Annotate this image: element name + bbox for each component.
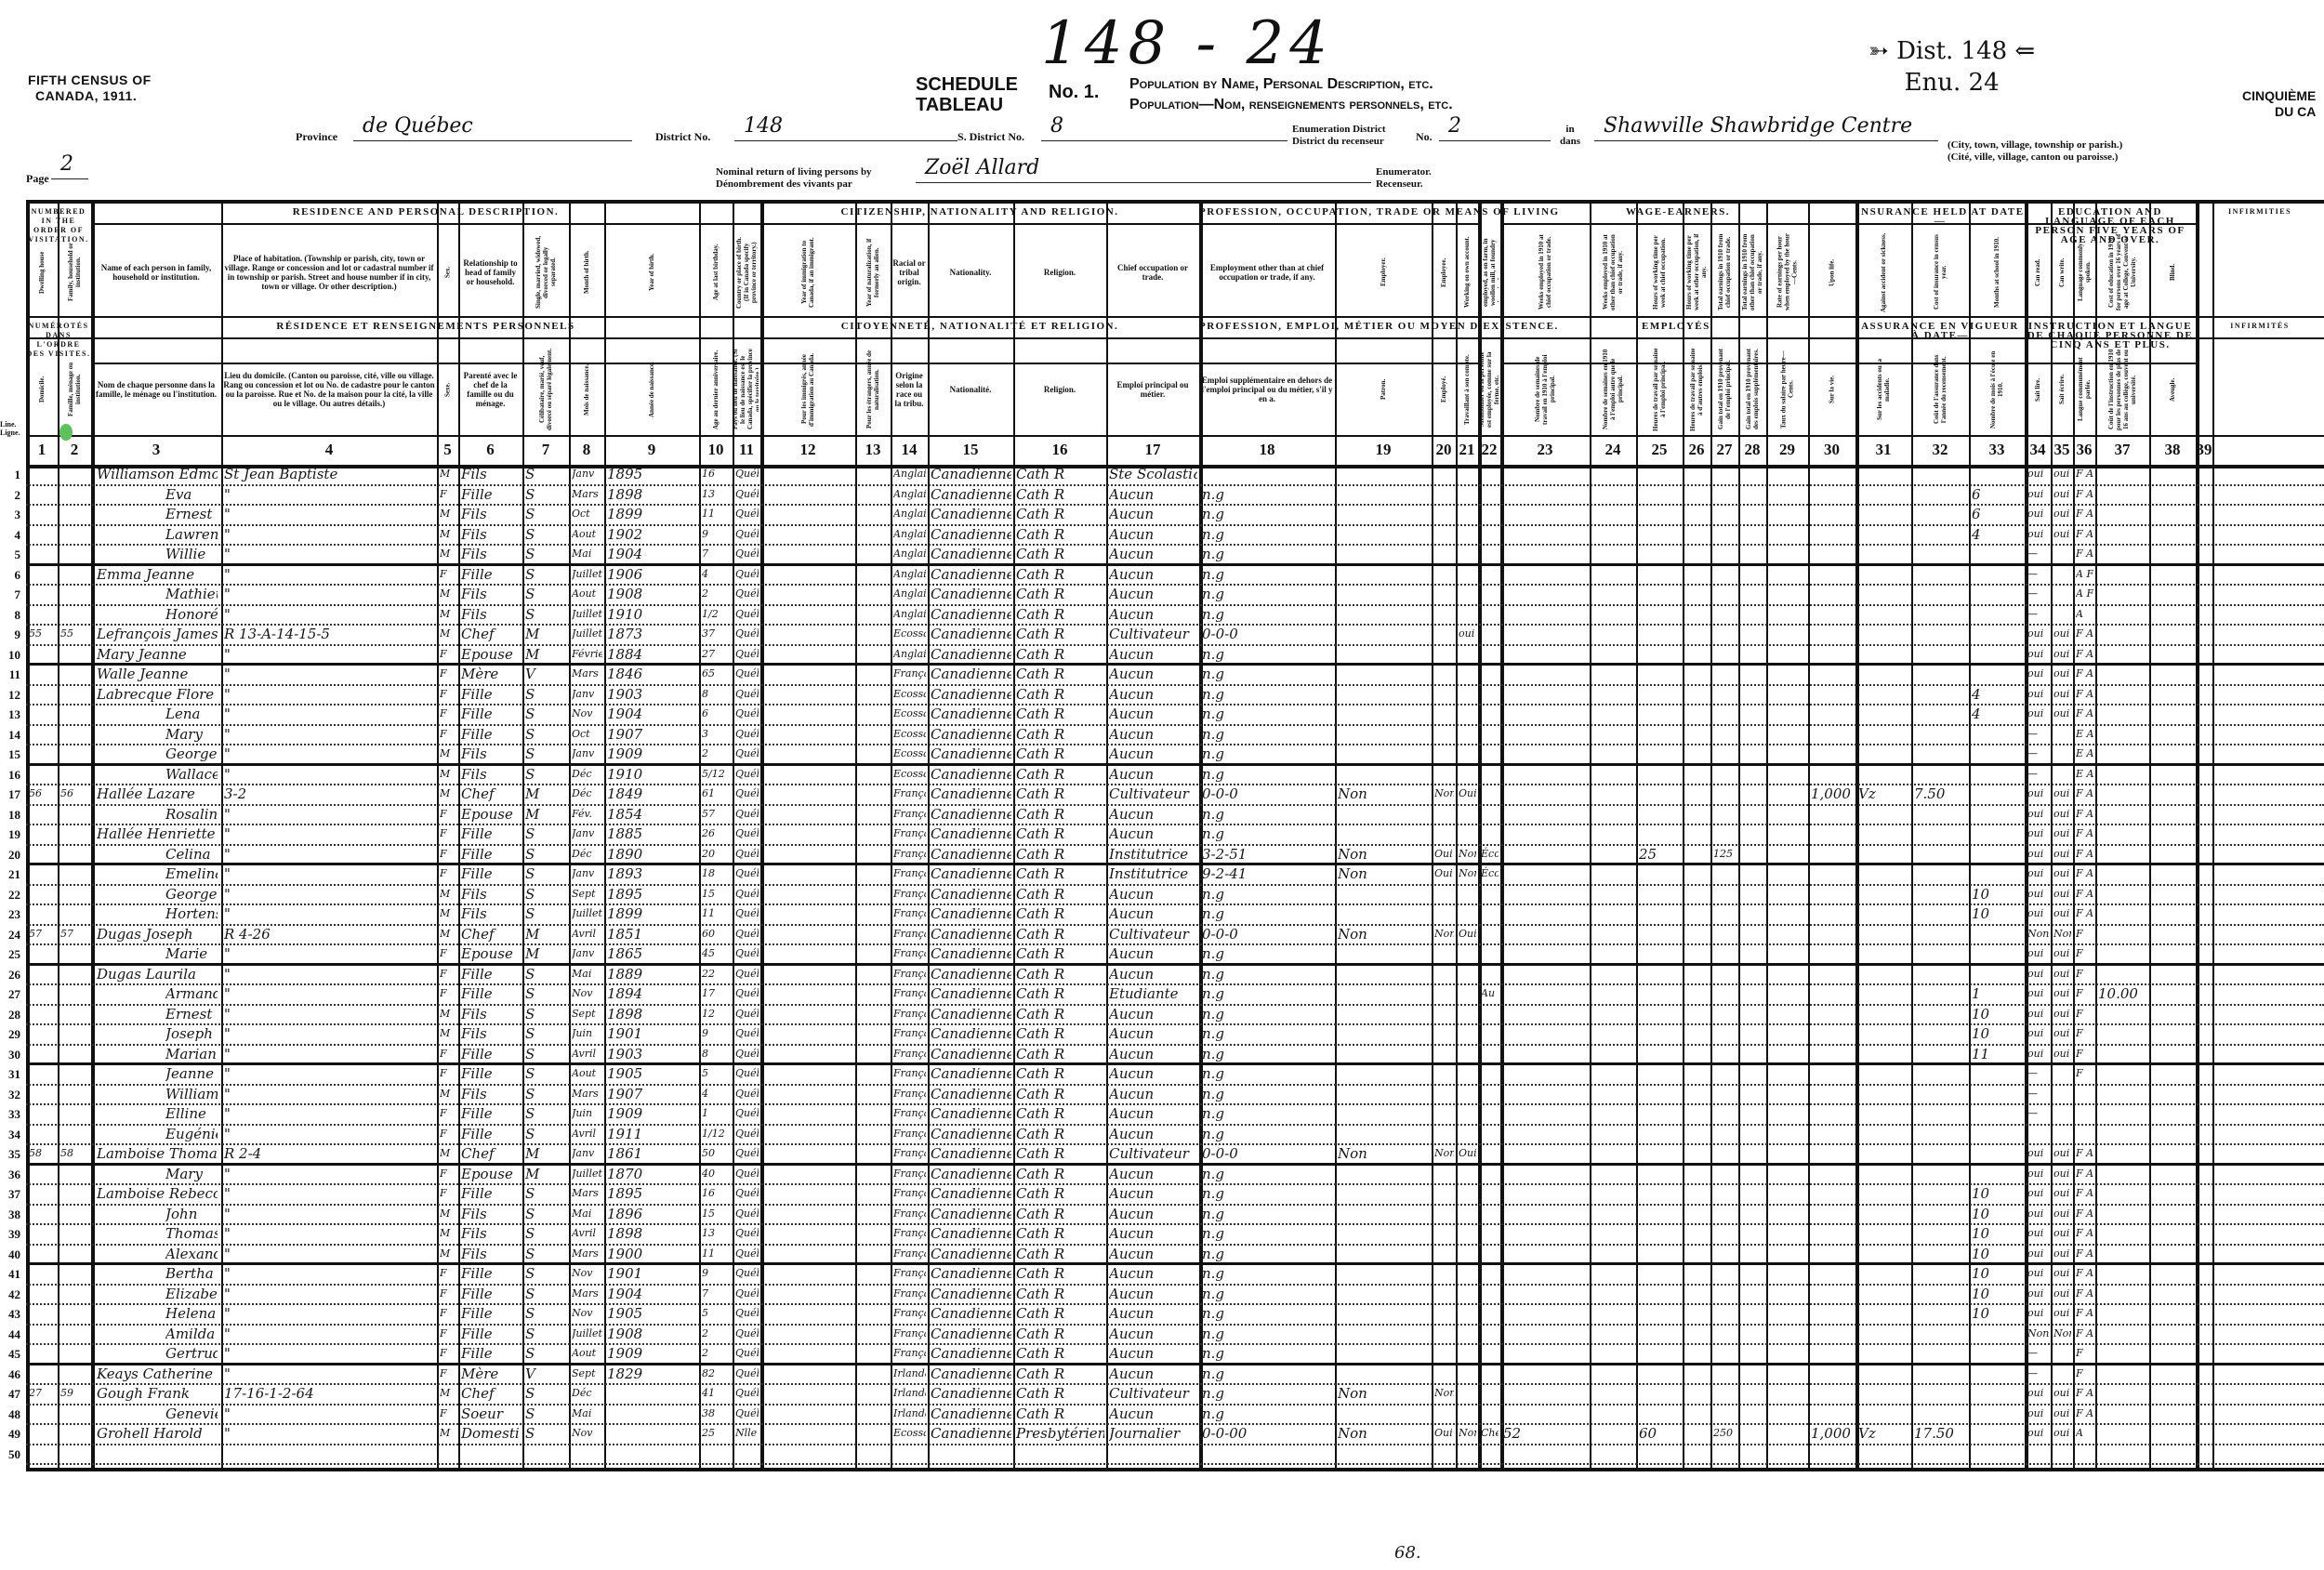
cell-religion: Cath R xyxy=(1016,1245,1104,1263)
cell-age: 22 xyxy=(702,965,731,983)
cell-nationality: Canadienne xyxy=(931,565,1011,584)
cell-c36: E A xyxy=(2076,765,2093,784)
column-number: 8 xyxy=(569,441,604,459)
cell-family: 55 xyxy=(60,625,89,643)
cell-place: " xyxy=(224,944,435,963)
cell-age: 40 xyxy=(702,1165,731,1183)
cell-age: 38 xyxy=(702,1405,731,1423)
cell-birthplace: Nlle Ecosse xyxy=(735,1424,759,1443)
cell-month: Janv xyxy=(572,1144,602,1163)
cell-age: 8 xyxy=(702,685,731,704)
cell-year: 1910 xyxy=(607,605,697,624)
cell-origin: Française xyxy=(893,1005,926,1023)
cell-sex: F xyxy=(440,965,456,983)
cell-age: 16 xyxy=(702,1184,731,1203)
column-number: 18 xyxy=(1199,441,1335,459)
cell-c35: oui xyxy=(2053,665,2071,683)
cell-nationality: Canadienne xyxy=(931,825,1011,843)
column-header-33-fr: Nombre de mois à l'école en 1910. xyxy=(1971,348,2023,431)
cell-religion: Cath R xyxy=(1016,1384,1104,1403)
cell-rel: Fils xyxy=(461,745,521,763)
cell-place: " xyxy=(224,845,435,864)
cell-other: n.g xyxy=(1202,1104,1333,1123)
cell-other: n.g xyxy=(1202,1325,1333,1343)
cell-occupation: Aucun xyxy=(1109,505,1197,523)
line-number: 28 xyxy=(0,1008,20,1022)
column-header-1: Dwelling house xyxy=(28,232,56,312)
cell-family: 57 xyxy=(60,925,89,943)
column-header-38: Blind. xyxy=(2151,232,2194,312)
cell-name: Williams xyxy=(165,1085,218,1103)
cell-occupation: Cultivateur xyxy=(1109,925,1197,943)
cell-nationality: Canadienne xyxy=(931,1045,1011,1063)
line-number: 40 xyxy=(0,1247,20,1262)
cell-place: " xyxy=(224,665,435,683)
section-underline xyxy=(91,223,760,225)
cell-age: 16 xyxy=(702,465,731,483)
line-number: 4 xyxy=(0,528,20,543)
cell-origin: Française xyxy=(893,825,926,843)
cell-birthplace: Québec xyxy=(735,1344,759,1363)
cell-other: n.g xyxy=(1202,1024,1333,1043)
column-header-34-fr: Sait lire. xyxy=(2027,348,2049,431)
cell-religion: Cath R xyxy=(1016,1205,1104,1223)
cell-origin: Française xyxy=(893,1104,926,1123)
column-header-36-fr: Langue communément parlée. xyxy=(2075,348,2093,431)
cell-nationality: Canadienne xyxy=(931,1125,1011,1143)
cell-rel: Fille xyxy=(461,565,521,584)
cell-nationality: Canadienne xyxy=(931,1304,1011,1323)
cell-origin: Française xyxy=(893,785,926,803)
cell-birthplace: Québec xyxy=(735,885,759,904)
cell-religion: Cath R xyxy=(1016,1085,1104,1103)
cell-year: 1909 xyxy=(607,1344,697,1363)
cell-c30: 1,000 xyxy=(1811,785,1854,803)
cell-c33: 10 xyxy=(1972,1245,2023,1263)
cell-marital: S xyxy=(525,1064,567,1083)
cell-month: Mars xyxy=(572,1085,602,1103)
cell-c35: oui xyxy=(2053,904,2071,923)
column-number: 13 xyxy=(855,441,891,459)
cell-birthplace: Québec xyxy=(735,705,759,723)
cell-origin: Française xyxy=(893,665,926,683)
cell-dwelling: 56 xyxy=(29,785,56,803)
cell-nationality: Canadienne xyxy=(931,465,1011,483)
cell-marital: S xyxy=(525,1304,567,1323)
cell-place: " xyxy=(224,1085,435,1103)
cell-occupation: Aucun xyxy=(1109,1045,1197,1063)
cursor-marker xyxy=(59,424,73,441)
cell-place: " xyxy=(224,1344,435,1363)
cell-marital: S xyxy=(525,585,567,603)
cell-birthplace: Québec xyxy=(735,465,759,483)
cell-c34: oui xyxy=(2027,1205,2049,1223)
cell-c21: Non xyxy=(1459,1424,1476,1443)
cell-c36: F A xyxy=(2076,885,2093,904)
cell-occupation: Aucun xyxy=(1109,1285,1197,1303)
column-header-35-fr: Sait écrire. xyxy=(2053,348,2071,431)
cell-other: n.g xyxy=(1202,485,1333,504)
column-number: 23 xyxy=(1500,441,1590,459)
line-number: 48 xyxy=(0,1407,20,1422)
cell-occupation: Aucun xyxy=(1109,1405,1197,1423)
section-header-wage-fr: EMPLOYÉS. xyxy=(1500,322,1855,331)
cell-year: 1829 xyxy=(607,1365,697,1383)
cell-name: Dugas Joseph xyxy=(97,925,218,943)
cell-nationality: Canadienne xyxy=(931,1224,1011,1243)
cell-c20: Oui xyxy=(1434,1424,1454,1443)
cell-c34: oui xyxy=(2027,1005,2049,1023)
cell-rel: Fille xyxy=(461,1285,521,1303)
cell-occupation: Aucun xyxy=(1109,545,1197,563)
column-header-20-fr: Employé. xyxy=(1433,348,1454,431)
cell-nationality: Canadienne xyxy=(931,965,1011,983)
cell-name: Bertha xyxy=(165,1264,218,1283)
cell-other: n.g xyxy=(1202,1045,1333,1063)
cell-rel: Fils xyxy=(461,1005,521,1023)
cell-birthplace: Québec xyxy=(735,645,759,664)
cell-c36: F A xyxy=(2076,1144,2093,1163)
column-number: 24 xyxy=(1590,441,1636,459)
line-number: 50 xyxy=(0,1447,20,1462)
column-header-14-fr: Origine selon la race ou la tribu. xyxy=(892,348,926,431)
table-row[interactable] xyxy=(26,1445,2324,1465)
cell-occupation: Aucun xyxy=(1109,1344,1197,1363)
cell-place: " xyxy=(224,1264,435,1283)
cell-month: Mai xyxy=(572,1405,602,1423)
cell-nationality: Canadienne xyxy=(931,585,1011,603)
cell-c33: 6 xyxy=(1972,505,2023,523)
column-header-4: Place of habitation. (Township or parish… xyxy=(223,232,435,312)
cell-c36: F A xyxy=(2076,1184,2093,1203)
cell-rel: Fille xyxy=(461,965,521,983)
cell-nationality: Canadienne xyxy=(931,485,1011,504)
cell-year: 1896 xyxy=(607,1205,697,1223)
cell-age: 2 xyxy=(702,1344,731,1363)
column-header-39-fr xyxy=(2198,348,2211,431)
cell-religion: Cath R xyxy=(1016,1365,1104,1383)
cell-marital: M xyxy=(525,785,567,803)
cell-origin: Française xyxy=(893,1224,926,1243)
cell-sex: F xyxy=(440,825,456,843)
cell-nationality: Canadienne xyxy=(931,1405,1011,1423)
cell-name: Ernest xyxy=(165,1005,218,1023)
cell-rel: Chef xyxy=(461,1384,521,1403)
cell-month: Janv xyxy=(572,465,602,483)
cell-month: Mars xyxy=(572,1285,602,1303)
line-number: 18 xyxy=(0,808,20,823)
line-number: 6 xyxy=(0,568,20,583)
cell-c34: oui xyxy=(2027,1304,2049,1323)
cell-religion: Cath R xyxy=(1016,1104,1104,1123)
column-header-29: Rate of earnings per hour when employed … xyxy=(1768,232,1806,312)
cell-religion: Cath R xyxy=(1016,785,1104,803)
cell-rel: Chef xyxy=(461,625,521,643)
cell-place: " xyxy=(224,1304,435,1323)
cell-age: 15 xyxy=(702,1205,731,1223)
cell-nationality: Canadienne xyxy=(931,904,1011,923)
cell-c35: oui xyxy=(2053,1285,2071,1303)
cell-marital: M xyxy=(525,1165,567,1183)
cell-age: 11 xyxy=(702,1245,731,1263)
cell-age: 7 xyxy=(702,545,731,563)
cell-year: 1865 xyxy=(607,944,697,963)
cell-occupation: Ste Scolastique xyxy=(1109,465,1197,483)
cell-c27: 125 xyxy=(1713,845,1736,864)
cell-age: 5 xyxy=(702,1304,731,1323)
line-number: 22 xyxy=(0,888,20,903)
cell-nationality: Canadienne xyxy=(931,765,1011,784)
cell-origin: Ecossaise xyxy=(893,765,926,784)
cell-occupation: Aucun xyxy=(1109,765,1197,784)
cell-religion: Cath R xyxy=(1016,1224,1104,1243)
cell-sex: F xyxy=(440,864,456,883)
cell-c35: oui xyxy=(2053,1245,2071,1263)
cell-religion: Cath R xyxy=(1016,625,1104,643)
cell-c36: F xyxy=(2076,1045,2093,1063)
column-number: 25 xyxy=(1636,441,1683,459)
cell-birthplace: Québec xyxy=(735,864,759,883)
cell-month: Oct xyxy=(572,505,602,523)
cell-religion: Cath R xyxy=(1016,705,1104,723)
cell-c34: oui xyxy=(2027,1184,2049,1203)
cell-occupation: Aucun xyxy=(1109,1085,1197,1103)
cell-occupation: Cultivateur xyxy=(1109,625,1197,643)
cell-c35: oui xyxy=(2053,645,2071,664)
cell-rel: Fille xyxy=(461,1264,521,1283)
cell-year: 1904 xyxy=(607,1285,697,1303)
cell-c35: oui xyxy=(2053,1224,2071,1243)
cell-religion: Cath R xyxy=(1016,825,1104,843)
cell-c36: F A xyxy=(2076,1405,2093,1423)
cell-name: Keays Catherine xyxy=(97,1365,218,1383)
section-underline xyxy=(1199,223,1478,225)
column-header-39 xyxy=(2198,232,2211,312)
cell-occupation: Aucun xyxy=(1109,665,1197,683)
cell-religion: Presbytérien xyxy=(1016,1424,1104,1443)
line-number: 3 xyxy=(0,508,20,522)
cell-year: 1884 xyxy=(607,645,697,664)
cell-month: Juin xyxy=(572,1024,602,1043)
cell-c36: F A xyxy=(2076,1165,2093,1183)
cell-c34: oui xyxy=(2027,1144,2049,1163)
cell-place: " xyxy=(224,885,435,904)
cell-place: " xyxy=(224,1165,435,1183)
cell-birthplace: Québec xyxy=(735,825,759,843)
cell-month: Déc xyxy=(572,765,602,784)
column-header-10: Age at last birthday. xyxy=(701,232,731,312)
cell-birthplace: Québec xyxy=(735,785,759,803)
cell-month: Mai xyxy=(572,965,602,983)
cell-c33: 6 xyxy=(1972,485,2023,504)
cell-occupation: Aucun xyxy=(1109,1325,1197,1343)
cell-c35: oui xyxy=(2053,465,2071,483)
cell-nationality: Canadienne xyxy=(931,1384,1011,1403)
cell-sex: M xyxy=(440,1384,456,1403)
cell-religion: Cath R xyxy=(1016,805,1104,824)
cell-month: Janv xyxy=(572,944,602,963)
column-number: 26 xyxy=(1683,441,1710,459)
cell-occupation: Institutrice xyxy=(1109,845,1197,864)
cell-other: n.g xyxy=(1202,765,1333,784)
cell-month: Février xyxy=(572,645,602,664)
cell-c36: A xyxy=(2076,605,2093,624)
column-header-17-fr: Emploi principal ou métier. xyxy=(1108,348,1197,431)
cell-birthplace: Québec xyxy=(735,1325,759,1343)
cell-month: Juillet xyxy=(572,1165,602,1183)
cell-occupation: Aucun xyxy=(1109,1264,1197,1283)
column-number: 39 xyxy=(2196,441,2212,459)
cell-rel: Mère xyxy=(461,665,521,683)
cell-month: Sept xyxy=(572,885,602,904)
cell-origin: Française xyxy=(893,1024,926,1043)
cell-place: " xyxy=(224,705,435,723)
cell-year: 1901 xyxy=(607,1024,697,1043)
cell-birthplace: Québec xyxy=(735,1024,759,1043)
cell-c33: 10 xyxy=(1972,885,2023,904)
cell-age: 8 xyxy=(702,1045,731,1063)
cell-month: Mai xyxy=(572,545,602,563)
column-number: 37 xyxy=(2095,441,2149,459)
cell-age: 2 xyxy=(702,585,731,603)
cell-age: 45 xyxy=(702,944,731,963)
cell-age: 1 xyxy=(702,1104,731,1123)
cell-religion: Cath R xyxy=(1016,1045,1104,1063)
cell-age: 2 xyxy=(702,1325,731,1343)
cell-c31: Vz xyxy=(1858,785,1909,803)
column-header-24: Weeks employed in 1910 at other than chi… xyxy=(1591,232,1634,312)
column-header-23-fr: Nombre de semaines de travail en 1910 à … xyxy=(1502,348,1588,431)
cell-other: 0-0-0 xyxy=(1202,625,1333,643)
cell-origin: Irlandaise xyxy=(893,1365,926,1383)
cell-nationality: Canadienne xyxy=(931,845,1011,864)
cell-place: R 4-26 xyxy=(224,925,435,943)
cell-marital: S xyxy=(525,1224,567,1243)
cell-c35: oui xyxy=(2053,705,2071,723)
column-header-24-fr: Nombre de semaines en 1910 à l'emploi au… xyxy=(1591,348,1634,431)
cell-place: " xyxy=(224,605,435,624)
cell-marital: S xyxy=(525,505,567,523)
cell-month: Aout xyxy=(572,1064,602,1083)
cell-c36: F xyxy=(2076,944,2093,963)
cell-rel: Fils xyxy=(461,1245,521,1263)
cell-marital: S xyxy=(525,825,567,843)
cell-religion: Cath R xyxy=(1016,1125,1104,1143)
cell-occupation: Aucun xyxy=(1109,1184,1197,1203)
cell-year: 1898 xyxy=(607,1224,697,1243)
cell-marital: V xyxy=(525,1365,567,1383)
cell-sex: F xyxy=(440,1365,456,1383)
column-header-33: Months at school in 1910. xyxy=(1971,232,2023,312)
line-number: 19 xyxy=(0,827,20,842)
cell-name: Honoré xyxy=(165,605,218,624)
cell-occupation: Aucun xyxy=(1109,1104,1197,1123)
cell-nationality: Canadienne xyxy=(931,505,1011,523)
cell-origin: Ecossaise xyxy=(893,685,926,704)
cell-name: George xyxy=(165,745,218,763)
cell-occupation: Aucun xyxy=(1109,965,1197,983)
cell-c21: Non xyxy=(1459,845,1476,864)
line-number: 7 xyxy=(0,587,20,602)
cell-c36: F xyxy=(2076,1005,2093,1023)
column-header-19: Employer. xyxy=(1337,232,1430,312)
cell-c36: F A xyxy=(2076,1384,2093,1403)
cell-marital: S xyxy=(525,565,567,584)
line-number: 44 xyxy=(0,1327,20,1342)
column-header-30: Upon life. xyxy=(1810,232,1854,312)
cell-occupation: Aucun xyxy=(1109,1304,1197,1323)
cell-c33: 11 xyxy=(1972,1045,2023,1063)
cell-place: " xyxy=(224,585,435,603)
column-header-22: State where person is employed, as on fa… xyxy=(1480,232,1499,312)
cell-c36: F A A xyxy=(2076,485,2093,504)
cell-marital: S xyxy=(525,1405,567,1423)
cell-rel: Fils xyxy=(461,885,521,904)
cell-year: 1901 xyxy=(607,1264,697,1283)
cell-month: Janv xyxy=(572,825,602,843)
cell-rel: Fille xyxy=(461,1125,521,1143)
cell-month: Déc xyxy=(572,845,602,864)
cell-birthplace: Québec xyxy=(735,625,759,643)
cell-other: 9-2-41 xyxy=(1202,864,1333,883)
cell-marital: S xyxy=(525,864,567,883)
cell-c34: oui xyxy=(2027,965,2049,983)
cell-sex: F xyxy=(440,1184,456,1203)
cell-place: " xyxy=(224,645,435,664)
line-number: 30 xyxy=(0,1048,20,1062)
column-header-15: Nationality. xyxy=(930,232,1011,312)
cell-c34: oui xyxy=(2027,1264,2049,1283)
cell-rel: Fille xyxy=(461,1045,521,1063)
cell-marital: S xyxy=(525,1424,567,1443)
cell-nationality: Canadienne xyxy=(931,885,1011,904)
section-header-education-fr: INSTRUCTION ET LANGUE DE CHAQUE PERSONNE… xyxy=(2025,322,2196,350)
cell-occupation: Aucun xyxy=(1109,1125,1197,1143)
cell-month: Nov xyxy=(572,1304,602,1323)
cell-religion: Cath R xyxy=(1016,745,1104,763)
cell-age: 11 xyxy=(702,505,731,523)
column-header-16: Religion. xyxy=(1015,232,1104,312)
column-header-38-fr: Aveugle. xyxy=(2151,348,2194,431)
cell-place: St Jean Baptiste xyxy=(224,465,435,483)
cell-sex: F xyxy=(440,984,456,1003)
cell-religion: Cath R xyxy=(1016,1144,1104,1163)
page-mark: 68. xyxy=(1394,1543,1421,1563)
cell-name: Eva xyxy=(165,485,218,504)
cell-origin: Française xyxy=(893,944,926,963)
cell-place: " xyxy=(224,1424,435,1443)
cell-origin: Française xyxy=(893,904,926,923)
cell-sex: F xyxy=(440,1165,456,1183)
cell-name: Mathieu xyxy=(165,585,218,603)
column-header-34: Can read. xyxy=(2027,232,2049,312)
cell-c33: 10 xyxy=(1972,1024,2023,1043)
cell-age: 17 xyxy=(702,984,731,1003)
cell-nationality: Canadienne xyxy=(931,1165,1011,1183)
cell-marital: S xyxy=(525,525,567,544)
cell-marital: M xyxy=(525,645,567,664)
cell-month: Aout xyxy=(572,1344,602,1363)
cell-month: Nov xyxy=(572,1264,602,1283)
cell-birthplace: Québec xyxy=(735,1165,759,1183)
cell-year: 1895 xyxy=(607,465,697,483)
cell-origin: Irlandaise xyxy=(893,1384,926,1403)
cell-name: Walle Jeanne xyxy=(97,665,218,683)
cell-rel: Mère xyxy=(461,1365,521,1383)
column-number: 27 xyxy=(1710,441,1738,459)
cell-origin: Française xyxy=(893,1344,926,1363)
cell-nationality: Canadienne xyxy=(931,1024,1011,1043)
